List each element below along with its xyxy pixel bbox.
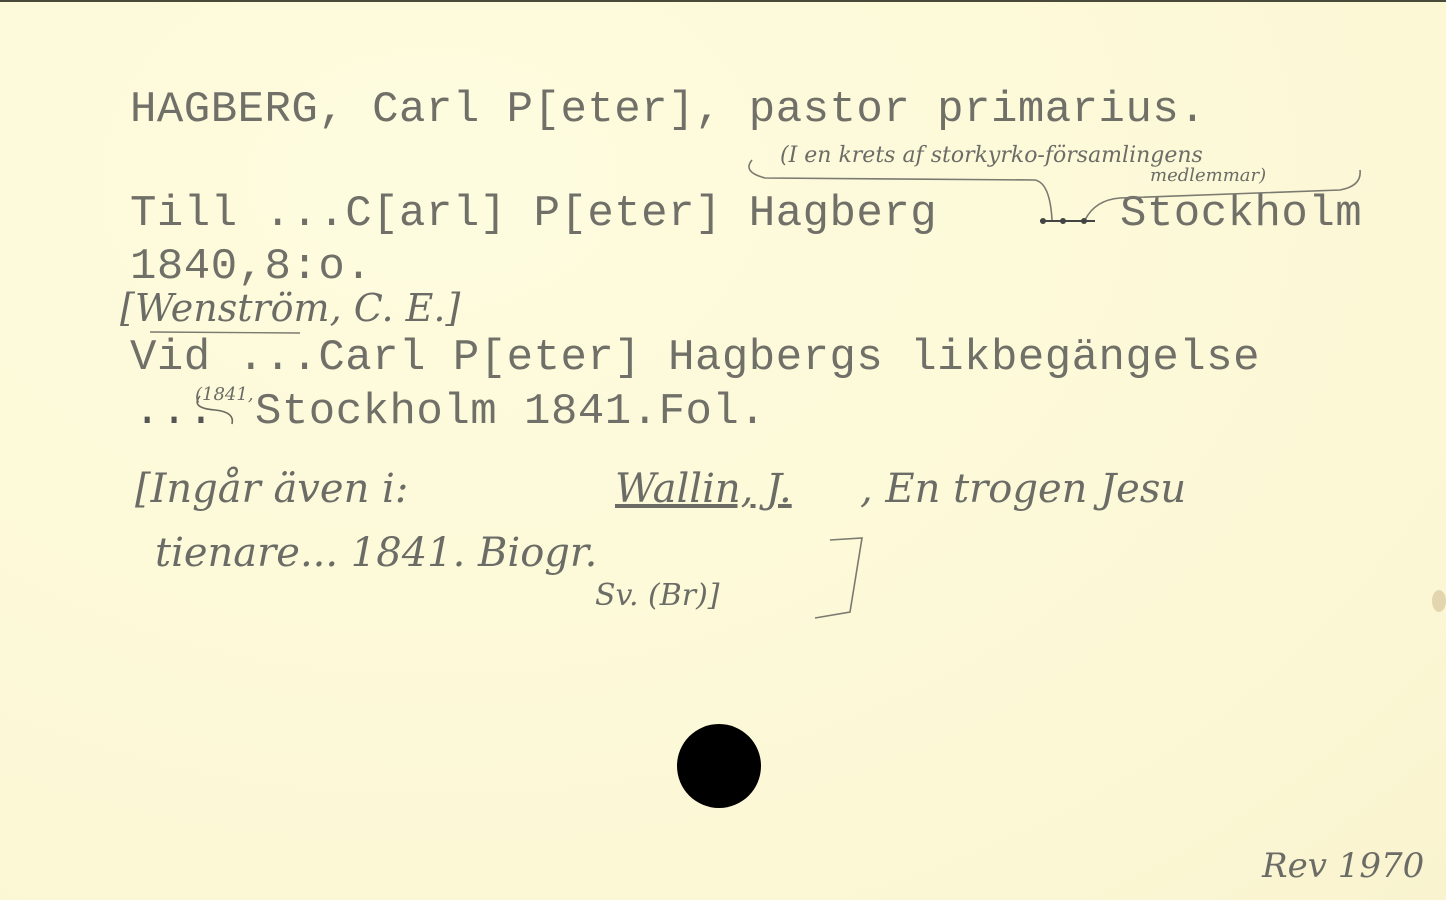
catalog-card: HAGBERG, Carl P[eter], pastor primarius.… — [0, 0, 1446, 900]
punch-hole — [677, 724, 761, 808]
author-attribution: [Wenström, C. E.] — [120, 286, 460, 330]
entry1-title-part1: Till ...C[arl] P[eter] Hagberg — [130, 192, 937, 236]
entry2-imprint: Stockholm 1841.Fol. — [255, 390, 766, 434]
revision-mark: Rev 1970 — [1262, 846, 1424, 886]
entry2-title: Vid ...Carl P[eter] Hagbergs likbegängel… — [130, 336, 1260, 380]
card-heading: HAGBERG, Carl P[eter], pastor primarius. — [130, 88, 1206, 132]
note-line1-author: Wallin, J. — [615, 466, 792, 512]
annotation-line1: (I en krets af storkyrko-församlingens — [780, 143, 1203, 168]
note-line1-prefix: [Ingår även i: — [135, 466, 421, 512]
entry1-imprint: 1840,8:o. — [130, 245, 372, 289]
paper-stain — [1432, 590, 1446, 612]
entry2-date-note: (1841, — [195, 384, 254, 405]
note-line2: tienare... 1841. Biogr. — [155, 530, 597, 576]
card-top-edge — [0, 0, 1446, 2]
annotation-line2: medlemmar) — [1150, 165, 1266, 186]
note-line3: Sv. (Br)] — [595, 578, 720, 613]
entry1-place: Stockholm — [1120, 192, 1362, 236]
note-line1-title: , En trogen Jesu — [860, 466, 1186, 512]
